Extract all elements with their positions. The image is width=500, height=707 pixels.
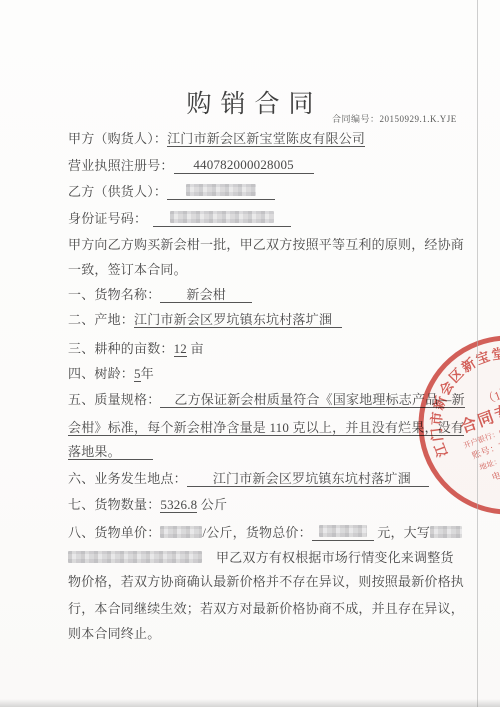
clause-8-line-1: 八、货物单价：/公斤，货物总价： 元，大写: [68, 524, 462, 541]
clause-4-value: 5: [134, 366, 141, 382]
clause-5-label: 五、质量规格：: [68, 392, 160, 407]
preamble-line-1: 甲方向乙方购买新会柑一批，甲乙双方按照平等互利的原则，经协商: [68, 236, 464, 253]
clause-7-value: 5326.8: [160, 497, 197, 513]
clause-8-text-1: 甲乙双方有权根据市场行情变化来调整货: [216, 550, 454, 565]
amount-words-redacted-1: [430, 526, 462, 538]
id-number-line: 身份证号码：: [68, 210, 291, 227]
preamble-line-2: 一致，签订本合同。: [68, 261, 187, 278]
buyer-name: 江门市新会区新宝堂陈皮有限公司: [167, 131, 365, 147]
company-seal: 江门市新会区新宝堂陈皮有限公司 （1） 合同专用章 开户银行：中国工商银行江门 …: [408, 322, 500, 522]
total-price-redacted: [319, 525, 367, 537]
clause-3-label: 三、耕种的亩数：: [68, 341, 174, 356]
clause-3-line: 三、耕种的亩数：12 亩: [68, 340, 204, 357]
license-label: 营业执照注册号：: [68, 158, 174, 173]
clause-5-line-3: 落地果。: [68, 443, 153, 460]
clause-7-unit: 公斤: [197, 497, 227, 512]
seller-line: 乙方（供货人）：: [68, 183, 275, 200]
clause-8-line-3: 物价格，若双方协商确认最新价格并不存在异议，则按照最新价格执: [68, 573, 464, 590]
contract-number: 合同编号：20150929.1.K.YJE: [332, 112, 457, 125]
clause-6-value: 江门市新会区罗坑镇东坑村落圹涠: [187, 471, 429, 487]
contract-page: 购销合同 合同编号：20150929.1.K.YJE 甲方（购货人）：江门市新会…: [0, 0, 500, 707]
clause-3-value: 12: [174, 341, 187, 357]
seller-name-redacted: [186, 184, 256, 196]
clause-4-label: 四、树龄：: [68, 366, 134, 381]
clause-8-line-2: 甲乙双方有权根据市场行情变化来调整货: [68, 549, 454, 566]
buyer-line: 甲方（购货人）：江门市新会区新宝堂陈皮有限公司: [68, 130, 365, 147]
clause-8-mid: /公斤，货物总价：: [202, 525, 311, 540]
clause-5-value-2: 会柑》标准，每个新会柑净含量是 110 克以上，并且没有烂果，没有: [68, 420, 464, 436]
clause-8-line-5: 则本合同终止。: [68, 625, 160, 642]
id-number-redacted: [170, 211, 274, 223]
clause-1-value: 新会柑: [160, 287, 252, 303]
buyer-label: 甲方（购货人）：: [68, 131, 167, 146]
id-label: 身份证号码：: [68, 211, 147, 226]
clause-6-label: 六、业务发生地点：: [68, 471, 187, 486]
clause-5-line-2: 会柑》标准，每个新会柑净含量是 110 克以上，并且没有烂果，没有: [68, 419, 464, 436]
clause-5-line-1: 五、质量规格：乙方保证新会柑质量符合《国家地理标志产品—新: [68, 391, 465, 408]
contract-number-value: 20150929.1.K.YJE: [380, 114, 457, 124]
page-bottom-shadow: [0, 699, 500, 707]
clause-4-unit: 年: [141, 366, 154, 381]
clause-2-label: 二、产地：: [68, 312, 134, 327]
amount-words-redacted-2: [68, 551, 202, 563]
license-field: 440782000028005: [174, 157, 314, 174]
clause-3-unit: 亩: [187, 341, 204, 356]
clause-2-value: 江门市新会区罗坑镇东坑村落圹涠: [134, 312, 342, 328]
clause-6-line: 六、业务发生地点：江门市新会区罗坑镇东坑村落圹涠: [68, 470, 429, 487]
seller-label: 乙方（供货人）：: [68, 184, 167, 199]
contract-number-label: 合同编号：: [332, 114, 380, 124]
license-value: 440782000028005: [193, 157, 294, 172]
page-edge-line: [477, 0, 478, 707]
seal-group: 江门市新会区新宝堂陈皮有限公司 （1） 合同专用章 开户银行：中国工商银行江门 …: [408, 322, 500, 522]
id-field: [153, 210, 291, 227]
unit-price-redacted: [160, 526, 202, 538]
seller-field: [167, 183, 275, 200]
clause-1-line: 一、货物名称：新会柑: [68, 286, 252, 303]
clause-7-line: 七、货物数量：5326.8 公斤: [68, 496, 227, 513]
clause-7-label: 七、货物数量：: [68, 497, 160, 512]
clause-5-value-3: 落地果。: [68, 444, 153, 460]
clause-4-line: 四、树龄：5年: [68, 365, 154, 382]
license-line: 营业执照注册号：440782000028005: [68, 157, 314, 174]
clause-1-label: 一、货物名称：: [68, 287, 160, 302]
total-price-field: [312, 524, 374, 541]
clause-2-line: 二、产地：江门市新会区罗坑镇东坑村落圹涠: [68, 311, 342, 328]
clause-8-suffix: 元，大写: [374, 525, 430, 540]
clause-8-label: 八、货物单价：: [68, 525, 160, 540]
clause-8-line-4: 行，本合同继续生效；若双方对最新价格协商不成，并且存在异议，: [68, 600, 464, 617]
